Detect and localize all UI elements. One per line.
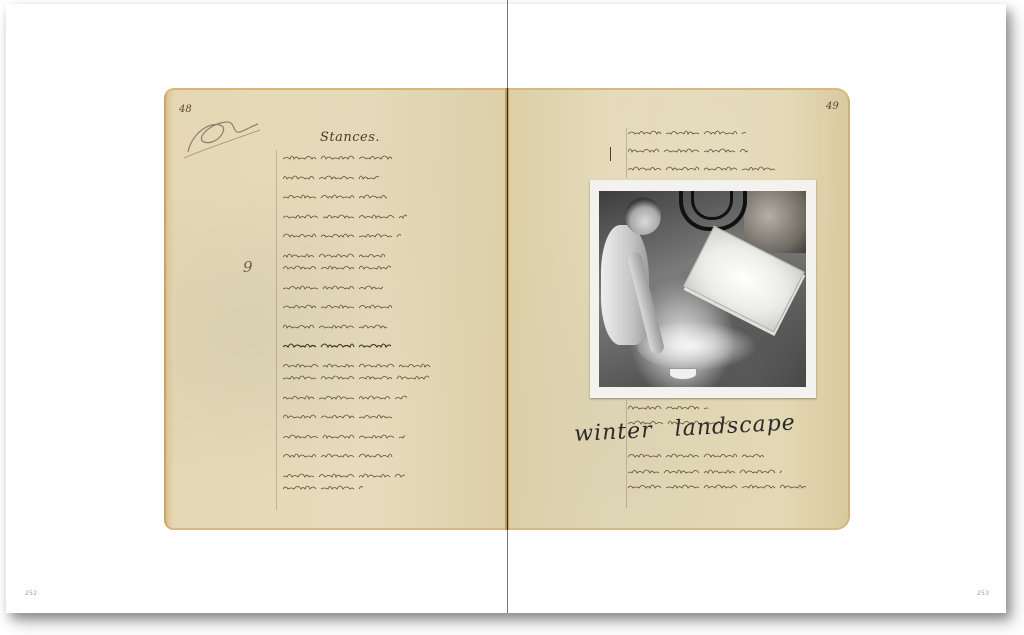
photo-stone-wall bbox=[744, 191, 806, 253]
handwritten-line: et quand mort, je te reverrai bbox=[628, 163, 778, 175]
handwritten-line-text: contrefais-tu la nonnain bbox=[283, 450, 284, 451]
margin-number-mark: 9 bbox=[243, 258, 253, 276]
cursive-stroke-icon bbox=[283, 372, 429, 384]
handwritten-line-text: pratiquent folastrement bbox=[283, 340, 284, 341]
handwritten-line-text: ni ceux tambelle tlimée bbox=[628, 145, 629, 146]
handwritten-line-text: ou mordre tes beaux cheveux, bbox=[283, 392, 284, 393]
cursive-stroke-icon bbox=[283, 301, 395, 313]
cursive-stroke-icon bbox=[628, 466, 782, 478]
handwritten-line-text: Après ton dernier trépas bbox=[283, 482, 284, 483]
handwritten-line: Après ton dernier trépas bbox=[283, 482, 363, 494]
handwritten-line: Lors de te repentiras bbox=[628, 402, 708, 414]
handwritten-line: le plus noir de l'église. bbox=[283, 250, 385, 262]
handwritten-line: Pourquoi donques quand je veux bbox=[283, 372, 429, 384]
cursive-stroke-icon bbox=[283, 211, 407, 223]
cursive-stroke-icon bbox=[283, 450, 395, 462]
handwritten-line-text: de m'avoir été farouche. bbox=[628, 417, 629, 418]
handwritten-line: agenouillés, nous ferons bbox=[283, 172, 379, 184]
handwritten-line-text: Grêle tu n'auras pas lors bbox=[628, 127, 629, 128]
right-folio-number: 253 bbox=[977, 590, 989, 597]
cursive-stroke-icon bbox=[283, 411, 393, 423]
monogram-flourish-icon bbox=[182, 112, 262, 160]
cursive-stroke-icon bbox=[283, 392, 407, 404]
cursive-stroke-icon bbox=[283, 282, 383, 294]
right-margin-rule-top bbox=[626, 128, 627, 178]
cursive-stroke-icon bbox=[283, 470, 405, 482]
cursive-stroke-icon bbox=[628, 163, 778, 175]
handwritten-line-text: Ah je meurs! ah baise-moi! bbox=[628, 450, 629, 451]
cursive-stroke-icon bbox=[283, 340, 391, 352]
photograph-description: Black-and-white photograph of a nude wom… bbox=[590, 180, 591, 181]
handwritten-line: entrelacés, nous ferons bbox=[283, 282, 383, 294]
handwritten-line-text: humble, se courbent au lieu bbox=[283, 230, 284, 231]
handwritten-line-text: Quand au lit nous serons bbox=[283, 262, 284, 263]
handwritten-line: Ah maîtresse, approche-toi! bbox=[628, 466, 782, 478]
cursive-stroke-icon bbox=[283, 152, 395, 164]
handwritten-line-text: Quand un temple nous serons bbox=[283, 152, 284, 153]
handwritten-line: Ah je meurs! ah baise-moi! bbox=[628, 450, 764, 462]
handwritten-line: Grêle tu n'auras pas lors bbox=[628, 127, 746, 139]
poem-title: Stances. bbox=[320, 130, 380, 145]
cursive-stroke-icon bbox=[283, 250, 385, 262]
cursive-stroke-icon bbox=[628, 127, 746, 139]
handwritten-line-text: Pourquoi donques quand je veux bbox=[283, 372, 284, 373]
handwritten-line: humble, se courbent au lieu bbox=[283, 230, 401, 242]
handwritten-line-text: le plus noir de l'église. bbox=[283, 250, 284, 251]
handwritten-line: Tu fuis comme un faon qui tremble: bbox=[628, 481, 806, 493]
handwritten-line: dans les draps cent mignardises. bbox=[283, 360, 431, 372]
handwritten-line-text: Ah maîtresse, approche-toi! bbox=[628, 466, 629, 467]
handwritten-line-text: des amants qui librement bbox=[283, 321, 284, 322]
cursive-stroke-icon bbox=[283, 172, 379, 184]
handwritten-line: contrefais-tu la nonnain bbox=[283, 450, 395, 462]
photo-small-dish bbox=[669, 368, 697, 380]
cursive-stroke-icon bbox=[283, 262, 391, 274]
handwritten-line: Quand un temple nous serons bbox=[283, 152, 395, 164]
photo-figure-head bbox=[625, 197, 661, 235]
right-page-number: 49 bbox=[826, 101, 839, 112]
handwritten-line: dedans un cloître enfermée? bbox=[283, 470, 405, 482]
cursive-stroke-icon bbox=[283, 230, 401, 242]
handwritten-line: les dévots, selon la guise bbox=[283, 191, 387, 203]
handwritten-line-text: ou toucher à ton beau sein, bbox=[283, 431, 284, 432]
handwritten-line-text: Tu fuis comme un faon qui tremble: bbox=[628, 481, 629, 482]
handwritten-line-text: les lascifs, selon les guises bbox=[283, 301, 284, 302]
handwritten-line: ou mordre tes beaux cheveux, bbox=[283, 392, 407, 404]
handwritten-line: ni ceux tambelle tlimée bbox=[628, 145, 748, 157]
handwritten-line-text: dans les draps cent mignardises. bbox=[283, 360, 284, 361]
handwritten-line: des amants qui librement bbox=[283, 321, 387, 333]
handwritten-line-text: et quand mort, je te reverrai bbox=[628, 163, 629, 164]
cursive-stroke-icon bbox=[628, 145, 748, 157]
cursive-stroke-icon bbox=[283, 191, 387, 203]
handwritten-line-text: les dévots, selon la guise bbox=[283, 191, 284, 192]
handwritten-line-text: entrelacés, nous ferons bbox=[283, 282, 284, 283]
pasted-photograph: Black-and-white photograph of a nude wom… bbox=[590, 180, 816, 398]
cursive-stroke-icon bbox=[283, 360, 431, 372]
handwritten-line: ou baiser ta bouche aimée, bbox=[283, 411, 393, 423]
cursive-stroke-icon bbox=[628, 481, 806, 493]
cursive-stroke-icon bbox=[628, 402, 708, 414]
photograph-image bbox=[599, 191, 806, 387]
handwritten-line-text: Lors de te repentiras bbox=[628, 402, 629, 403]
handwritten-line-text: ou baiser ta bouche aimée, bbox=[283, 411, 284, 412]
handwritten-line: les lascifs, selon les guises bbox=[283, 301, 395, 313]
cursive-stroke-icon bbox=[628, 450, 764, 462]
left-folio-number: 252 bbox=[25, 590, 37, 597]
left-margin-rule bbox=[276, 150, 277, 510]
annotation-word-1: winter bbox=[574, 418, 654, 447]
cursive-stroke-icon bbox=[283, 482, 363, 494]
handwritten-line: de ceux qui pour leur Dieu bbox=[283, 211, 407, 223]
handwritten-line: Quand au lit nous serons bbox=[283, 262, 391, 274]
handwritten-line-text: de ceux qui pour leur Dieu bbox=[283, 211, 284, 212]
cursive-stroke-icon bbox=[283, 431, 405, 443]
right-margin-rule-bottom bbox=[626, 400, 627, 508]
handwritten-line: pratiquent folastrement bbox=[283, 340, 391, 352]
notebook-spine-crease bbox=[507, 88, 508, 530]
margin-tick-mark bbox=[610, 147, 611, 161]
handwritten-line: ou toucher à ton beau sein, bbox=[283, 431, 405, 443]
cursive-stroke-icon bbox=[283, 321, 387, 333]
handwritten-line-text: agenouillés, nous ferons bbox=[283, 172, 284, 173]
handwritten-line-text: dedans un cloître enfermée? bbox=[283, 470, 284, 471]
